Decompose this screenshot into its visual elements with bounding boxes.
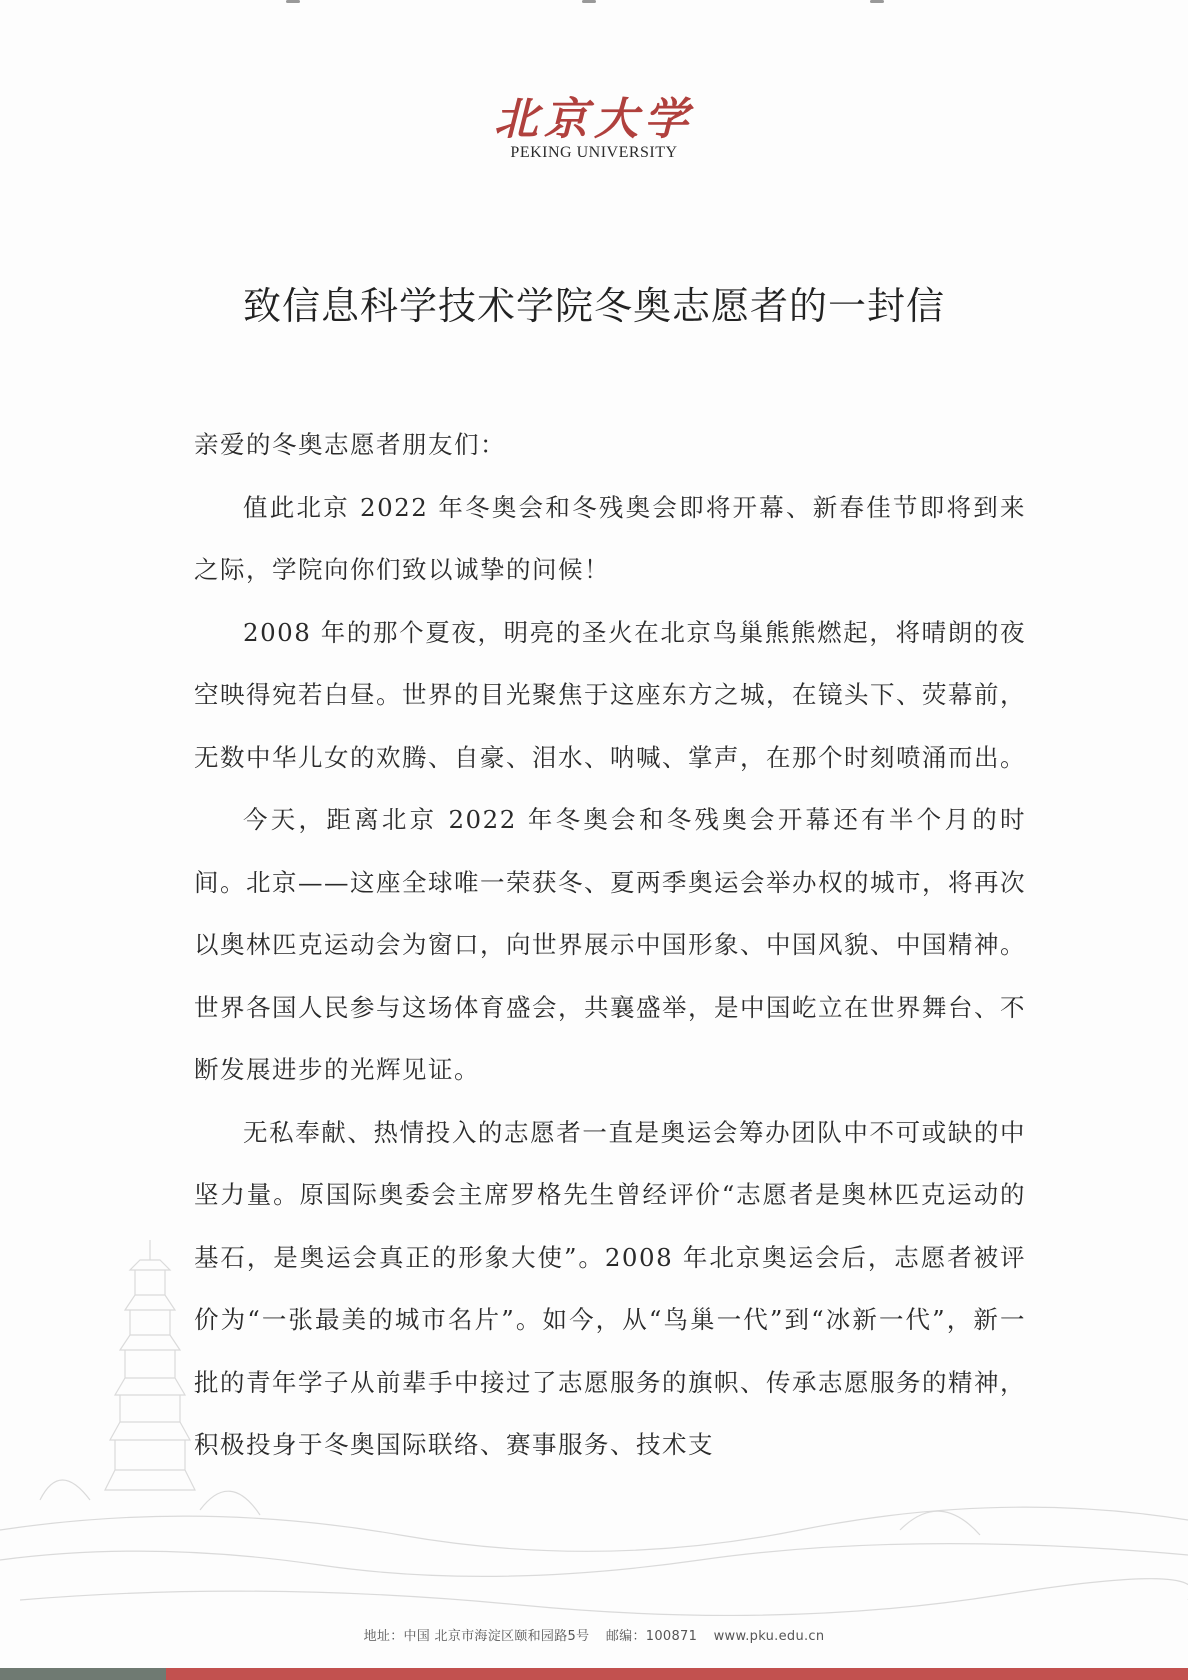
letterhead-footer: 地址：中国 北京市海淀区颐和园路5号 邮编：100871 www.pku.edu…	[0, 1625, 1188, 1644]
university-logo: 北京大学 PEKING UNIVERSITY	[0, 92, 1188, 162]
decorative-bottom-bar	[0, 1668, 1188, 1680]
letter-title: 致信息科学技术学院冬奥志愿者的一封信	[0, 275, 1188, 330]
bottom-bar-grey-segment	[0, 1668, 166, 1680]
footer-website: www.pku.edu.cn	[714, 1629, 825, 1644]
letter-page: 北京大学 PEKING UNIVERSITY 致信息科学技术学院冬奥志愿者的一封…	[0, 0, 1188, 1680]
paragraph: 今天，距离北京 2022 年冬奥会和冬残奥会开幕还有半个月的时间。北京——这座全…	[194, 789, 1026, 1102]
bottom-bar-red-segment	[166, 1668, 1188, 1680]
paragraph: 无私奉献、热情投入的志愿者一直是奥运会筹办团队中不可或缺的中坚力量。原国际奥委会…	[194, 1102, 1026, 1477]
paragraph: 值此北京 2022 年冬奥会和冬残奥会即将开幕、新春佳节即将到来之际，学院向你们…	[194, 477, 1026, 602]
paragraph: 2008 年的那个夏夜，明亮的圣火在北京鸟巢熊熊燃起，将晴朗的夜空映得宛若白昼。…	[194, 602, 1026, 790]
footer-address: 地址：中国 北京市海淀区颐和园路5号	[364, 1629, 590, 1644]
logo-chinese-calligraphy: 北京大学	[0, 92, 1188, 148]
scan-mark	[286, 0, 300, 3]
scan-mark	[582, 0, 596, 3]
salutation: 亲爱的冬奥志愿者朋友们：	[194, 414, 1026, 477]
scan-mark	[870, 0, 884, 3]
logo-english-name: PEKING UNIVERSITY	[0, 144, 1188, 162]
letter-body: 亲爱的冬奥志愿者朋友们： 值此北京 2022 年冬奥会和冬残奥会即将开幕、新春佳…	[194, 414, 1026, 1477]
footer-postcode: 邮编：100871	[606, 1629, 697, 1644]
